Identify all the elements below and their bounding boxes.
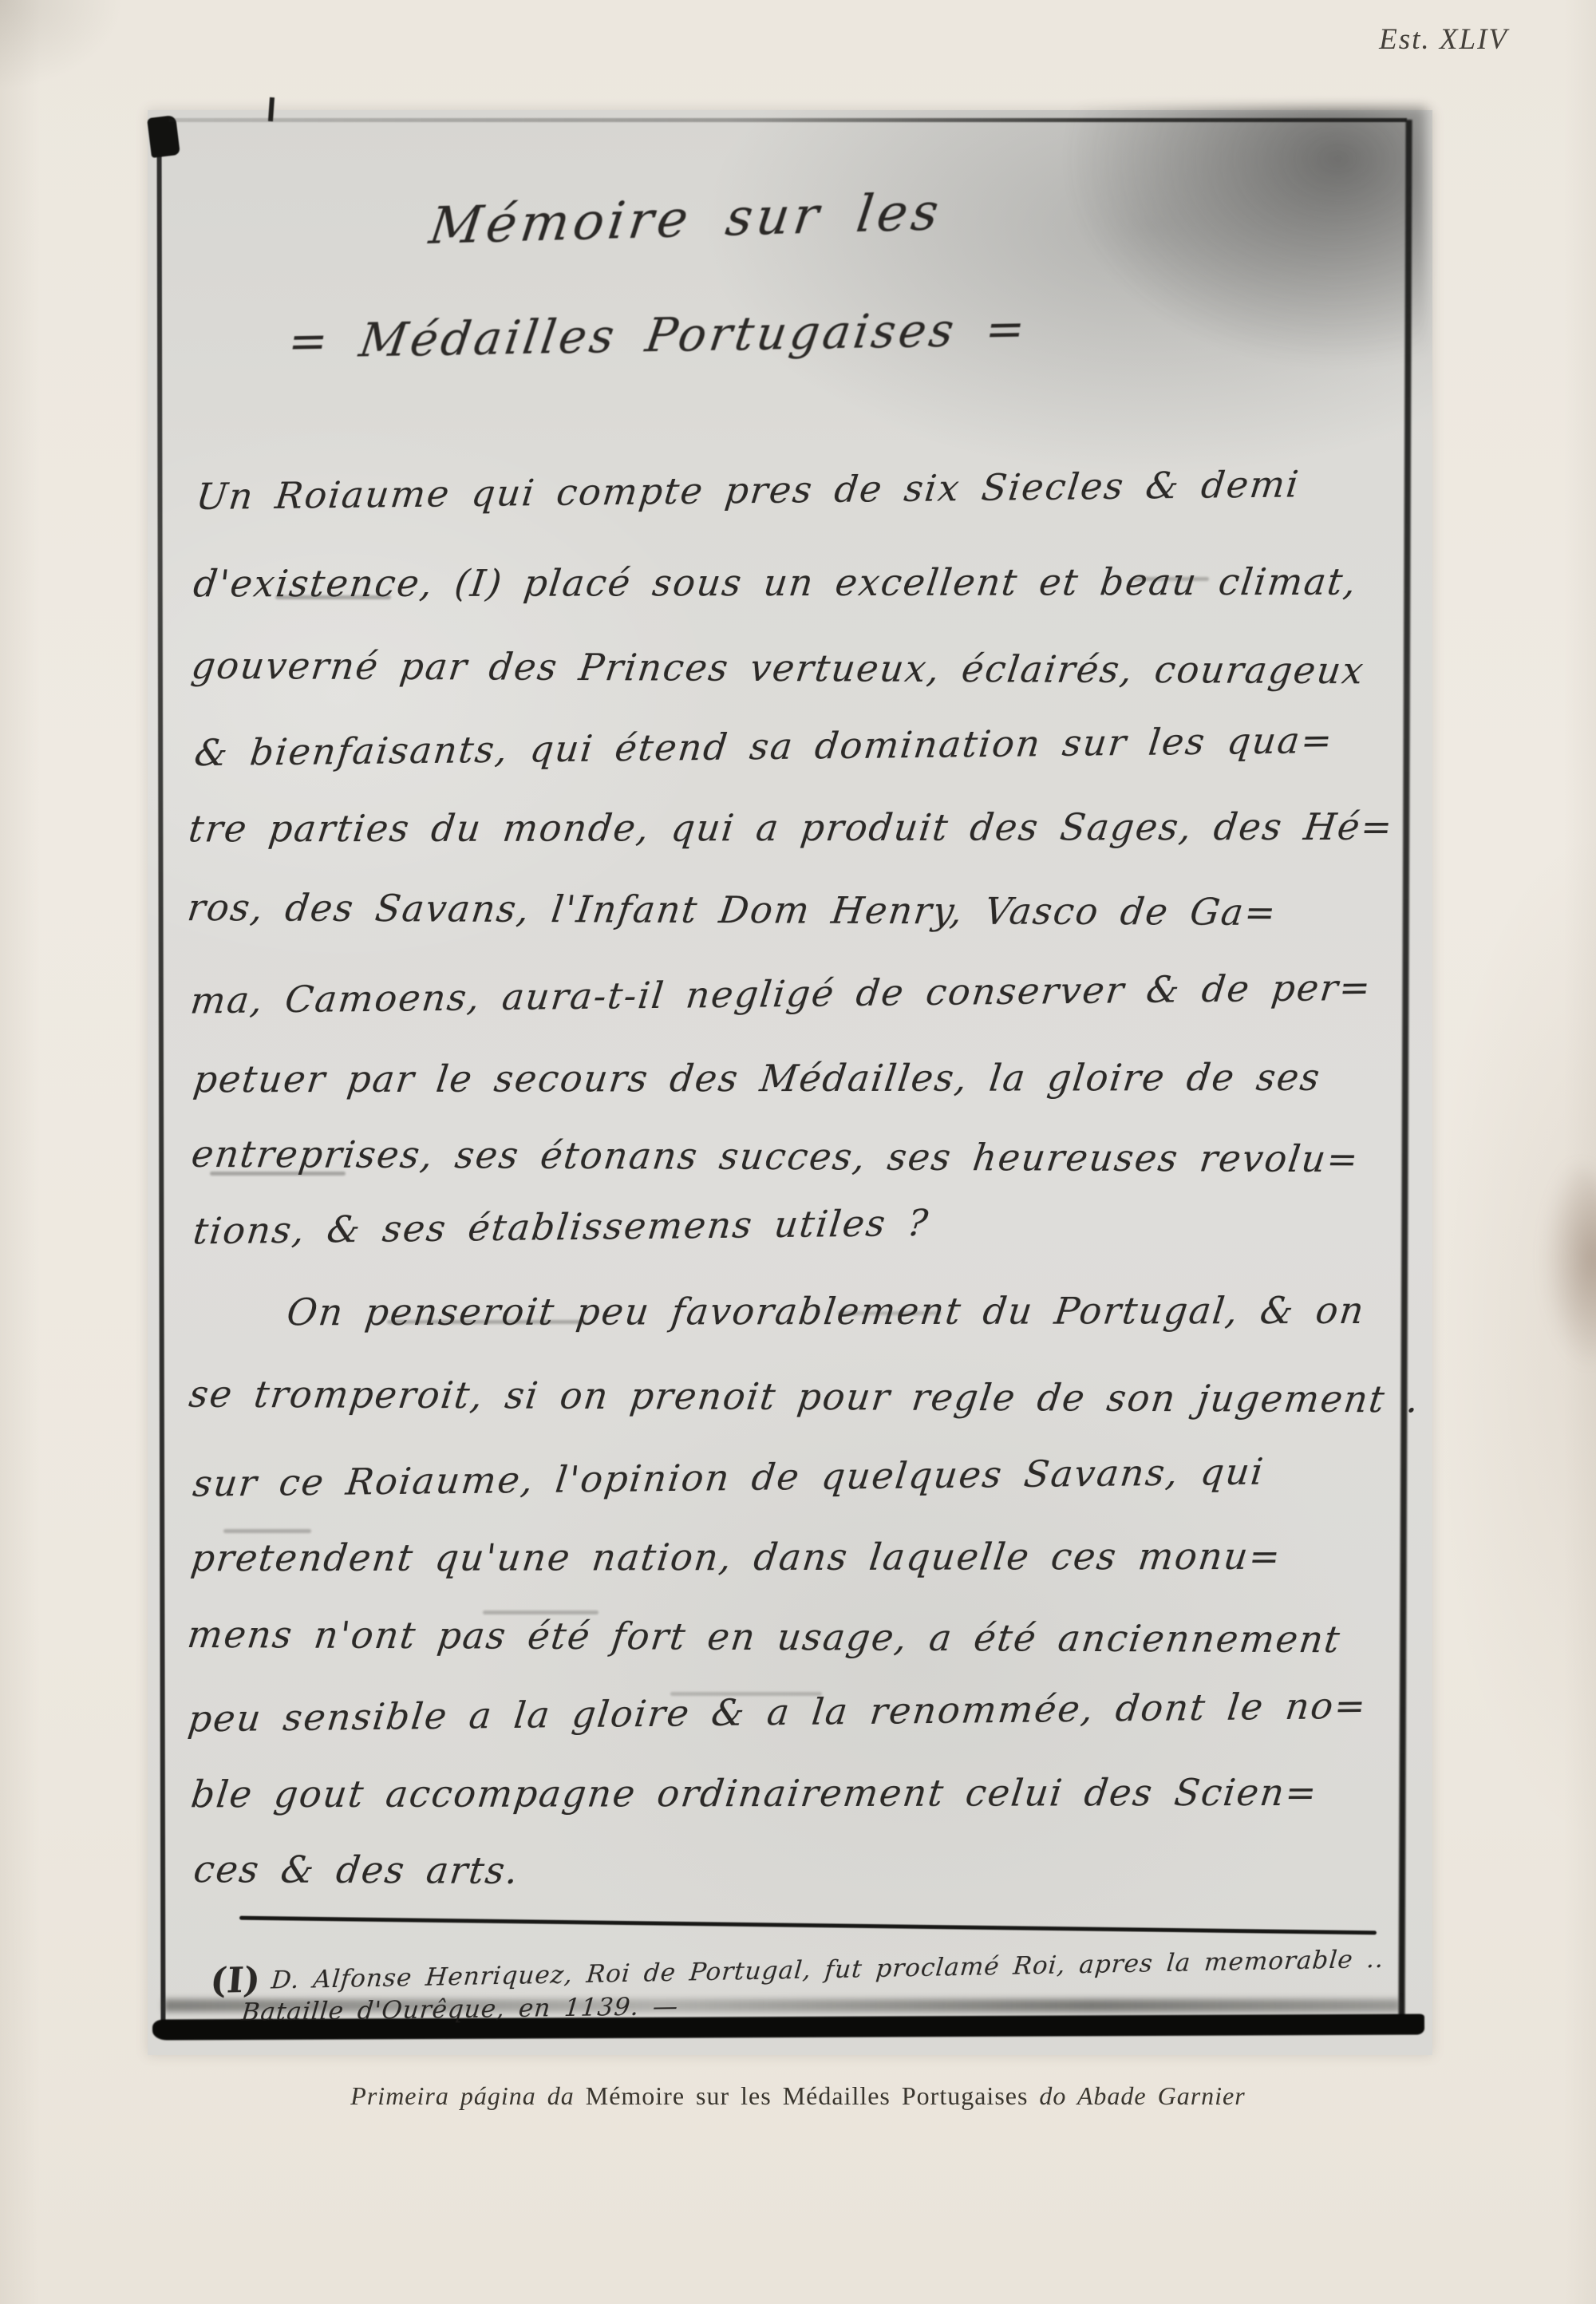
manuscript-line: Un Roiaume qui compte pres de six Siecle… <box>194 462 1302 518</box>
manuscript-line: On penseroit peu favorablement du Portug… <box>285 1289 1368 1334</box>
ink-smudge <box>483 1610 598 1614</box>
page-edge-finger-smudge <box>1540 1165 1596 1373</box>
plate-border-right <box>1398 120 1412 2029</box>
manuscript-line: petuer par le secours des Médailles, la … <box>192 1056 1324 1101</box>
ink-smudge <box>275 595 391 599</box>
manuscript-line: se tromperoit, si on prenoit pour regle … <box>187 1373 1423 1421</box>
ink-smudge <box>838 1311 942 1315</box>
caption-title: Mémoire sur les Médailles Portugaises <box>586 2081 1029 2110</box>
manuscript-footnote-line: (I)D. Alfonse Henriquez, Roi de Portugal… <box>208 1938 1385 2002</box>
caption-italic-tail: do Abade Garnier <box>1039 2081 1245 2110</box>
plate-border-left <box>157 131 166 2035</box>
ink-smudge <box>210 1172 346 1176</box>
manuscript-line: mens n'ont pas été fort en usage, a été … <box>185 1613 1344 1661</box>
footnote-separator-line <box>239 1916 1377 1935</box>
manuscript-line: & bienfaisants, qui étend sa domination … <box>192 718 1336 774</box>
manuscript-line: ces & des arts. <box>192 1848 522 1892</box>
manuscript-line: gouverné par des Princes vertueux, éclai… <box>189 644 1367 692</box>
plate-number-header: Est. XLIV <box>1379 22 1508 57</box>
manuscript-photo-plate: Mémoire sur les = Médailles Portugaises … <box>148 110 1432 2055</box>
manuscript-footnote-line: Bataille d'Ourêque, en 1139. — <box>240 1992 680 2027</box>
manuscript-line: entreprises, ses étonans succes, ses heu… <box>189 1132 1362 1180</box>
ink-smudge <box>223 1529 311 1533</box>
footnote-marker: (I) <box>208 1960 262 2002</box>
manuscript-line: sur ce Roiaume, l'opinion de quelques Sa… <box>191 1449 1266 1504</box>
ink-smudge <box>387 1320 587 1324</box>
manuscript-line: ble gout accompagne ordinairement celui … <box>189 1771 1321 1816</box>
manuscript-line: pretendent qu'une nation, dans laquelle … <box>189 1535 1285 1579</box>
plate-top-right-smudge <box>1027 107 1426 394</box>
manuscript-line: ma, Camoens, aura-t-il negligé de conser… <box>188 966 1374 1022</box>
ink-smudge <box>670 1692 822 1696</box>
footnote-text: D. Alfonse Henriquez, Roi de Portugal, f… <box>270 1945 1385 1995</box>
manuscript-title-line: Mémoire sur les <box>426 183 946 256</box>
plate-caption: Primeira página da Mémoire sur les Médai… <box>0 2081 1596 2111</box>
book-page: Est. XLIV Mémoire sur les = Médailles Po… <box>0 0 1596 2304</box>
manuscript-line: tre parties du monde, qui a produit des … <box>187 805 1396 851</box>
caption-italic-lead: Primeira página da <box>350 2081 574 2110</box>
manuscript-line: ros, des Savans, l'Infant Dom Henry, Vas… <box>185 886 1280 934</box>
manuscript-title-line: = Médailles Portugaises = <box>285 302 1032 369</box>
manuscript-line: tions, & ses établissemens utiles ? <box>191 1201 931 1252</box>
ink-smudge <box>1133 577 1209 581</box>
